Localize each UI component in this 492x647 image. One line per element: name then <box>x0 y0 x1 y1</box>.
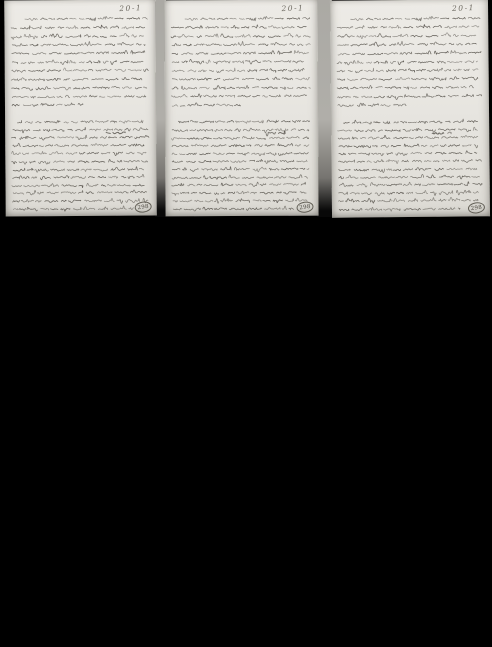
scan-canvas: 20-1 298 20-1 298 20-1 298 <box>0 0 492 647</box>
handwriting-lines <box>330 0 490 218</box>
manuscript-page: 20-1 298 <box>164 0 318 216</box>
handwriting-lines <box>4 0 157 217</box>
manuscript-page: 20-1 298 <box>330 0 490 218</box>
page-row: 20-1 298 20-1 298 20-1 298 <box>0 0 492 218</box>
handwriting-lines <box>164 0 318 216</box>
manuscript-page: 20-1 298 <box>4 0 157 217</box>
